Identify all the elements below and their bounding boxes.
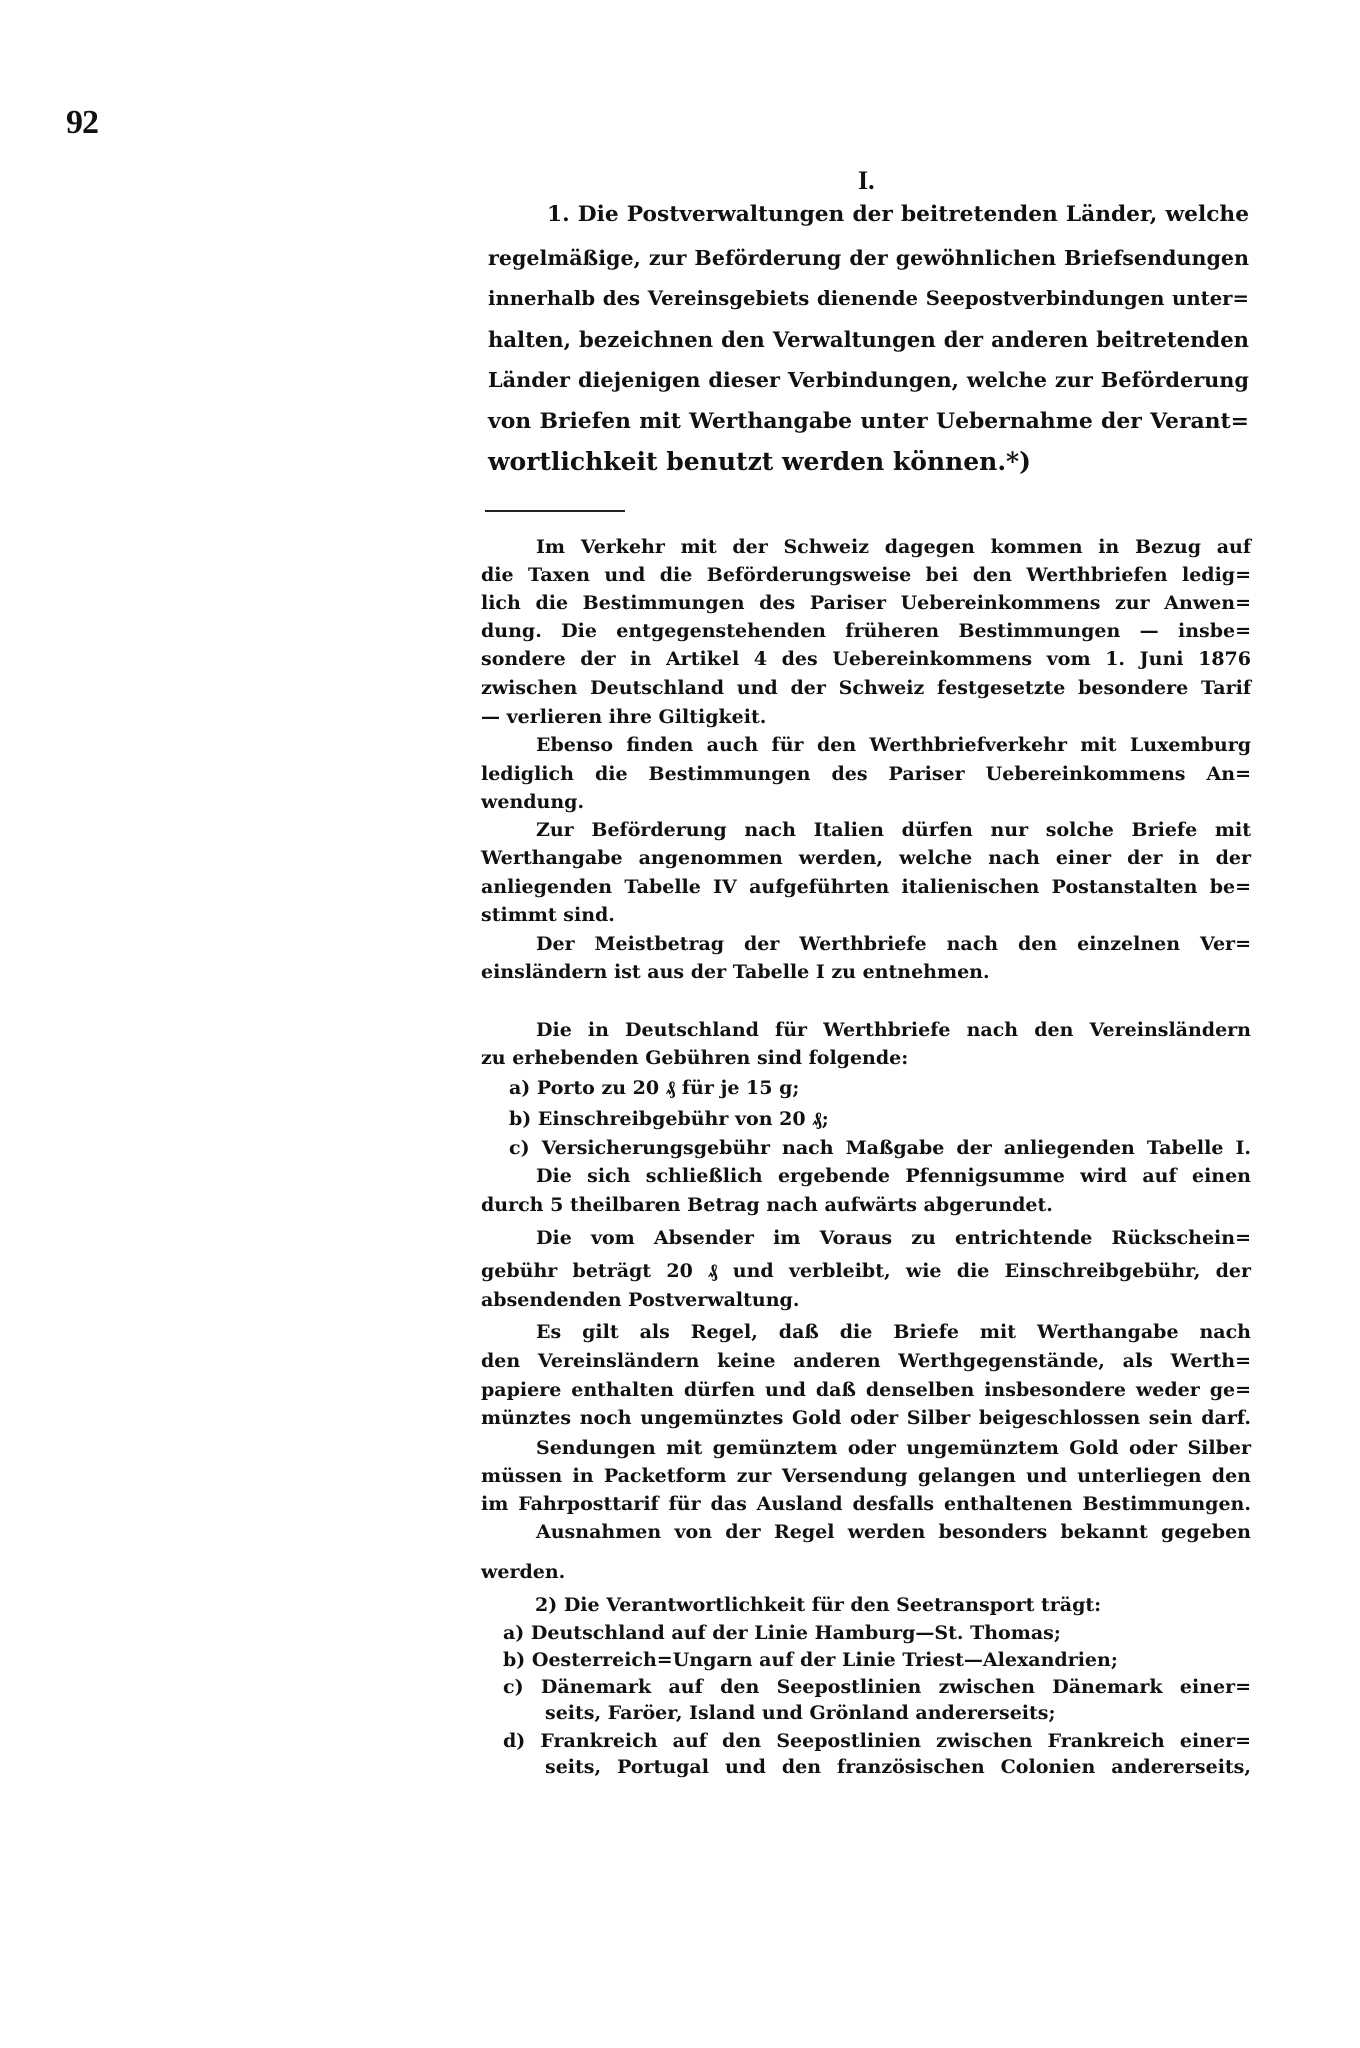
- section-heading: I.: [858, 166, 875, 196]
- footnote-line: Sendungen mit gemünztem oder ungemünztem…: [536, 1436, 1251, 1460]
- footnote-line: b) Einschreibgebühr von 20 ₰;: [509, 1107, 1251, 1131]
- footnote-line: einsländern ist aus der Tabelle I zu ent…: [481, 960, 1251, 984]
- footnote-line: absendenden Postverwaltung.: [481, 1288, 1251, 1312]
- footnote-line: b) Oesterreich=Ungarn auf der Linie Trie…: [503, 1648, 1251, 1672]
- footnote-line: dung. Die entgegenstehenden früheren Bes…: [481, 619, 1251, 643]
- footnote-line: wendung.: [481, 790, 1251, 814]
- footnote-line: im Fahrposttarif für das Ausland desfall…: [481, 1492, 1251, 1516]
- footnote-line: zwischen Deutschland und der Schweiz fes…: [481, 676, 1251, 700]
- footnote-line: d) Frankreich auf den Seepostlinien zwis…: [503, 1729, 1251, 1753]
- footnote-line: gebühr beträgt 20 ₰ und verbleibt, wie d…: [481, 1259, 1251, 1283]
- footnote-line: lediglich die Bestimmungen des Pariser U…: [481, 762, 1251, 786]
- footnote-line: 2) Die Verantwortlichkeit für den Seetra…: [535, 1593, 1251, 1617]
- footnote-line: Der Meistbetrag der Werthbriefe nach den…: [536, 932, 1251, 956]
- main-paragraph-line: halten, bezeichnen den Verwaltungen der …: [488, 325, 1249, 355]
- footnote-line: sondere der in Artikel 4 des Uebereinkom…: [481, 647, 1251, 671]
- footnote-line: Im Verkehr mit der Schweiz dagegen komme…: [536, 535, 1251, 559]
- footnote-line: Zur Beförderung nach Italien dürfen nur …: [536, 818, 1251, 842]
- footnote-line: Ebenso finden auch für den Werthbriefver…: [536, 733, 1251, 757]
- main-paragraph-line: 1. Die Postverwaltungen der beitretenden…: [547, 200, 1249, 230]
- page-number: 92: [66, 104, 98, 142]
- footnote-line: müssen in Packetform zur Versendung gela…: [481, 1464, 1251, 1488]
- footnote-line: Die vom Absender im Voraus zu entrichten…: [536, 1226, 1251, 1250]
- footnote-line: papiere enthalten dürfen und daß denselb…: [481, 1378, 1251, 1402]
- main-paragraph-line: wortlichkeit benutzt werden können.*): [488, 447, 1249, 477]
- footnote-line: anliegenden Tabelle IV aufgeführten ital…: [481, 875, 1251, 899]
- footnote-line: a) Porto zu 20 ₰ für je 15 g;: [509, 1076, 1251, 1100]
- footnote-line: zu erhebenden Gebühren sind folgende:: [481, 1046, 1251, 1070]
- footnote-line: Es gilt als Regel, daß die Briefe mit We…: [536, 1320, 1251, 1344]
- main-paragraph-line: von Briefen mit Werthangabe unter Uebern…: [488, 406, 1249, 436]
- footnote-line: seits, Faröer, Island und Grönland ander…: [545, 1701, 1251, 1725]
- footnote-line: c) Dänemark auf den Seepostlinien zwisch…: [503, 1675, 1251, 1699]
- footnote-line: stimmt sind.: [481, 903, 1251, 927]
- footnote-line: werden.: [481, 1560, 1251, 1584]
- footnote-line: seits, Portugal und den französischen Co…: [545, 1755, 1251, 1779]
- footnote-line: durch 5 theilbaren Betrag nach aufwärts …: [481, 1193, 1251, 1217]
- footnote-line: c) Versicherungsgebühr nach Maßgabe der …: [509, 1136, 1251, 1160]
- footnote-line: Die in Deutschland für Werthbriefe nach …: [536, 1018, 1251, 1042]
- footnote-divider: [485, 510, 625, 512]
- main-paragraph-line: Länder diejenigen dieser Verbindungen, w…: [488, 365, 1249, 395]
- footnote-line: — verlieren ihre Giltigkeit.: [481, 705, 1251, 729]
- main-paragraph-line: innerhalb des Vereinsgebiets dienende Se…: [488, 284, 1249, 314]
- footnote-line: Werthangabe angenommen werden, welche na…: [481, 846, 1251, 870]
- footnote-line: die Taxen und die Beförderungsweise bei …: [481, 563, 1251, 587]
- footnote-line: a) Deutschland auf der Linie Hamburg—St.…: [503, 1621, 1251, 1645]
- footnote-line: Ausnahmen von der Regel werden besonders…: [536, 1520, 1251, 1544]
- main-paragraph-line: regelmäßige, zur Beförderung der gewöhnl…: [488, 243, 1249, 273]
- footnote-line: münztes noch ungemünztes Gold oder Silbe…: [481, 1406, 1251, 1430]
- footnote-line: den Vereinsländern keine anderen Werthge…: [481, 1349, 1251, 1373]
- footnote-line: lich die Bestimmungen des Pariser Uebere…: [481, 591, 1251, 615]
- footnote-line: Die sich schließlich ergebende Pfennigsu…: [536, 1164, 1251, 1188]
